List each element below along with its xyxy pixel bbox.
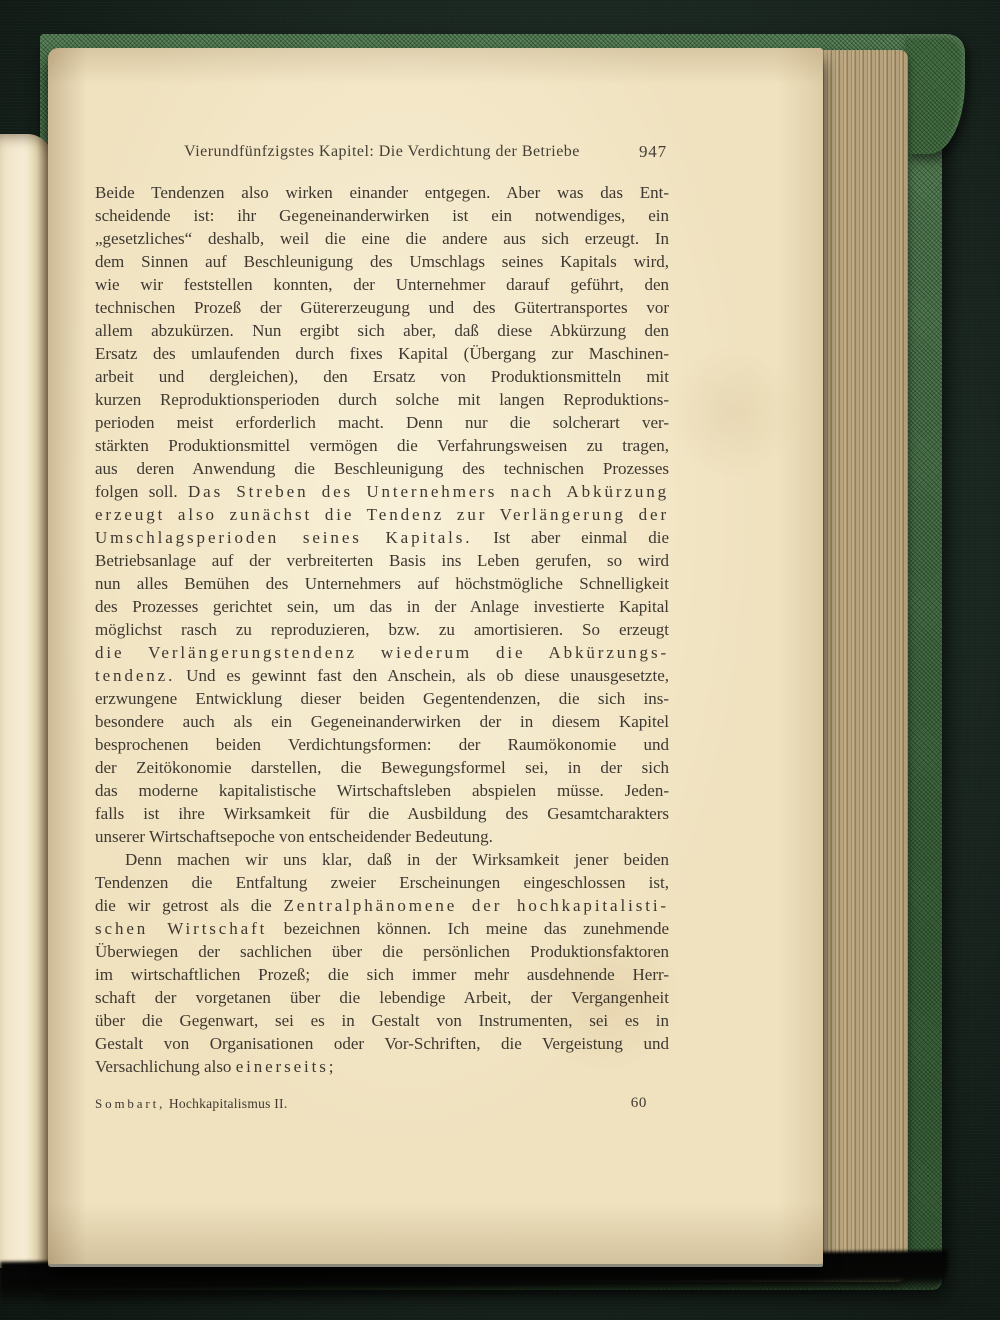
chapter-title: Vierundfünfzigstes Kapitel: Die Verdicht… [184,143,580,160]
body-text: wie wir feststellen konnten, der Unterne… [95,275,669,294]
text-line: erzwungene Entwicklung dieser beiden Geg… [95,687,669,710]
book-cover-corner [905,34,965,154]
body-text: Versachlichung also [95,1057,236,1076]
body-lines: Beide Tendenzen also wirken einander ent… [95,181,669,1078]
emphasized-spaced-text: schen Wirtschaft [95,919,267,938]
body-text: kurzen Reproduktionsperioden durch solch… [95,390,669,409]
body-text: das moderne kapitalistische Wirtschaftsl… [95,781,669,800]
body-text: Betriebsanlage auf der verbreiterten Bas… [95,551,669,570]
text-line: falls ist ihre Wirksamkeit für die Ausbi… [95,802,669,825]
body-text: „gesetzliches“ deshalb, weil die eine di… [95,229,669,248]
text-line: Tendenzen die Entfaltung zweier Erschein… [95,871,669,894]
text-line: besondere auch als ein Gegeneinanderwirk… [95,710,669,733]
text-line: dem Sinnen auf Beschleunigung des Umschl… [95,250,669,273]
body-text: die wir getrost als die [95,896,284,915]
text-line: wie wir feststellen konnten, der Unterne… [95,273,669,296]
body-text: bezeichnen können. Ich meine das zunehme… [267,919,669,938]
text-line: tendenz. Und es gewinnt fast den Anschei… [95,664,669,687]
text-line: das moderne kapitalistische Wirtschaftsl… [95,779,669,802]
body-text: der Zeitökonomie darstellen, die Bewegun… [95,758,669,777]
text-line: kurzen Reproduktionsperioden durch solch… [95,388,669,411]
body-text: scheidende ist: ihr Gegeneinanderwirken … [95,206,669,225]
body-text: erzwungene Entwicklung dieser beiden Geg… [95,689,669,708]
page-number: 947 [639,140,667,164]
text-line: Beide Tendenzen also wirken einander ent… [95,181,669,204]
text-line: des Prozesses gerichtet sein, um das in … [95,595,669,618]
sheet-number: 60 [631,1093,647,1113]
emphasized-spaced-text: tendenz. [95,666,175,685]
body-text: stärkten Produktionsmittel vermögen die … [95,436,669,455]
body-text: unserer Wirtschaftsepoche von entscheide… [95,827,493,846]
running-header: Vierundfünfzigstes Kapitel: Die Verdicht… [95,140,669,164]
text-line: schen Wirtschaft bezeichnen können. Ich … [95,917,669,940]
body-text: besondere auch als ein Gegeneinanderwirk… [95,712,669,731]
signature-title: Hochkapitalismus II. [165,1096,287,1111]
body-text: besprochenen beiden Verdichtungsformen: … [95,735,669,754]
text-line: Denn machen wir uns klar, daß in der Wir… [95,848,669,871]
body-text: folgen soll. [95,482,188,501]
text-line: Überwiegen der sachlichen über die persö… [95,940,669,963]
facing-page-edge [0,134,53,1268]
text-line: Ersatz des umlaufenden durch fixes Kapit… [95,342,669,365]
text-line: aus deren Anwendung die Beschleunigung d… [95,457,669,480]
text-line: „gesetzliches“ deshalb, weil die eine di… [95,227,669,250]
body-text: Und es gewinnt fast den Anschein, als ob… [175,666,669,685]
text-line: perioden meist erforderlich macht. Denn … [95,411,669,434]
body-text: möglichst rasch zu reproduzieren, bzw. z… [95,620,669,639]
text-line: nun alles Bemühen des Unternehmers auf h… [95,572,669,595]
book-page: Vierundfünfzigstes Kapitel: Die Verdicht… [48,48,823,1264]
signature-footer: Sombart, Hochkapitalismus II. 60 [95,1094,669,1114]
body-text: über die Gegenwart, sei es in Gestalt vo… [95,1011,669,1030]
body-text: im wirtschaftlichen Prozeß; die sich imm… [95,965,669,984]
body-text: Denn machen wir uns klar, daß in der Wir… [125,850,669,869]
body-text: Beide Tendenzen also wirken einander ent… [95,183,669,202]
photograph-backdrop: Vierundfünfzigstes Kapitel: Die Verdicht… [0,0,1000,1320]
text-line: der Zeitökonomie darstellen, die Bewegun… [95,756,669,779]
text-line: schaft der vorgetanen über die lebendige… [95,986,669,1009]
body-text: falls ist ihre Wirksamkeit für die Ausbi… [95,804,669,823]
emphasized-spaced-text: Zentralphänomene der hochkapitalisti- [284,896,670,915]
body-text: Ersatz des umlaufenden durch fixes Kapit… [95,344,669,363]
text-line: die wir getrost als die Zentralphänomene… [95,894,669,917]
emphasized-spaced-text: Das Streben des Unternehmers nach Abkürz… [188,482,669,501]
body-text: Tendenzen die Entfaltung zweier Erschein… [95,873,669,892]
body-text: Überwiegen der sachlichen über die persö… [95,942,669,961]
text-line: scheidende ist: ihr Gegeneinanderwirken … [95,204,669,227]
body-text: arbeit und dergleichen), den Ersatz von … [95,367,669,386]
text-line: Gestalt von Organisationen oder Vor-Schr… [95,1032,669,1055]
body-text: des Prozesses gerichtet sein, um das in … [95,597,669,616]
emphasized-spaced-text: die Verlängerungstendenz wiederum die Ab… [95,643,669,662]
text-line: Betriebsanlage auf der verbreiterten Bas… [95,549,669,572]
body-text: Gestalt von Organisationen oder Vor-Schr… [95,1034,669,1053]
text-line: unserer Wirtschaftsepoche von entscheide… [95,825,669,848]
body-text: allem abzukürzen. Nun ergibt sich aber, … [95,321,669,340]
text-line: im wirtschaftlichen Prozeß; die sich imm… [95,963,669,986]
text-line: möglichst rasch zu reproduzieren, bzw. z… [95,618,669,641]
text-line: Versachlichung also einerseits; [95,1055,669,1078]
body-text: perioden meist erforderlich macht. Denn … [95,413,669,432]
emphasized-spaced-text: einerseits; [236,1057,337,1076]
body-text: dem Sinnen auf Beschleunigung des Umschl… [95,252,669,271]
text-line: allem abzukürzen. Nun ergibt sich aber, … [95,319,669,342]
text-line: erzeugt also zunächst die Tendenz zur Ve… [95,503,669,526]
emphasized-spaced-text: erzeugt also zunächst die Tendenz zur Ve… [95,505,669,524]
body-text: Ist aber einmal die [472,528,669,547]
text-line: arbeit und dergleichen), den Ersatz von … [95,365,669,388]
text-line: folgen soll. Das Streben des Unternehmer… [95,480,669,503]
text-line: technischen Prozeß der Gütererzeugung un… [95,296,669,319]
signature-author: Sombart, [95,1096,165,1111]
signature-line: Sombart, Hochkapitalismus II. [95,1096,287,1111]
body-text: nun alles Bemühen des Unternehmers auf h… [95,574,669,593]
text-line: über die Gegenwart, sei es in Gestalt vo… [95,1009,669,1032]
text-line: besprochenen beiden Verdichtungsformen: … [95,733,669,756]
text-line: Umschlagsperioden seines Kapitals. Ist a… [95,526,669,549]
body-text: aus deren Anwendung die Beschleunigung d… [95,459,669,478]
emphasized-spaced-text: Umschlagsperioden seines Kapitals. [95,528,472,547]
body-text: schaft der vorgetanen über die lebendige… [95,988,669,1007]
text-line: stärkten Produktionsmittel vermögen die … [95,434,669,457]
text-block: Vierundfünfzigstes Kapitel: Die Verdicht… [95,140,669,1078]
body-text: technischen Prozeß der Gütererzeugung un… [95,298,669,317]
text-line: die Verlängerungstendenz wiederum die Ab… [95,641,669,664]
